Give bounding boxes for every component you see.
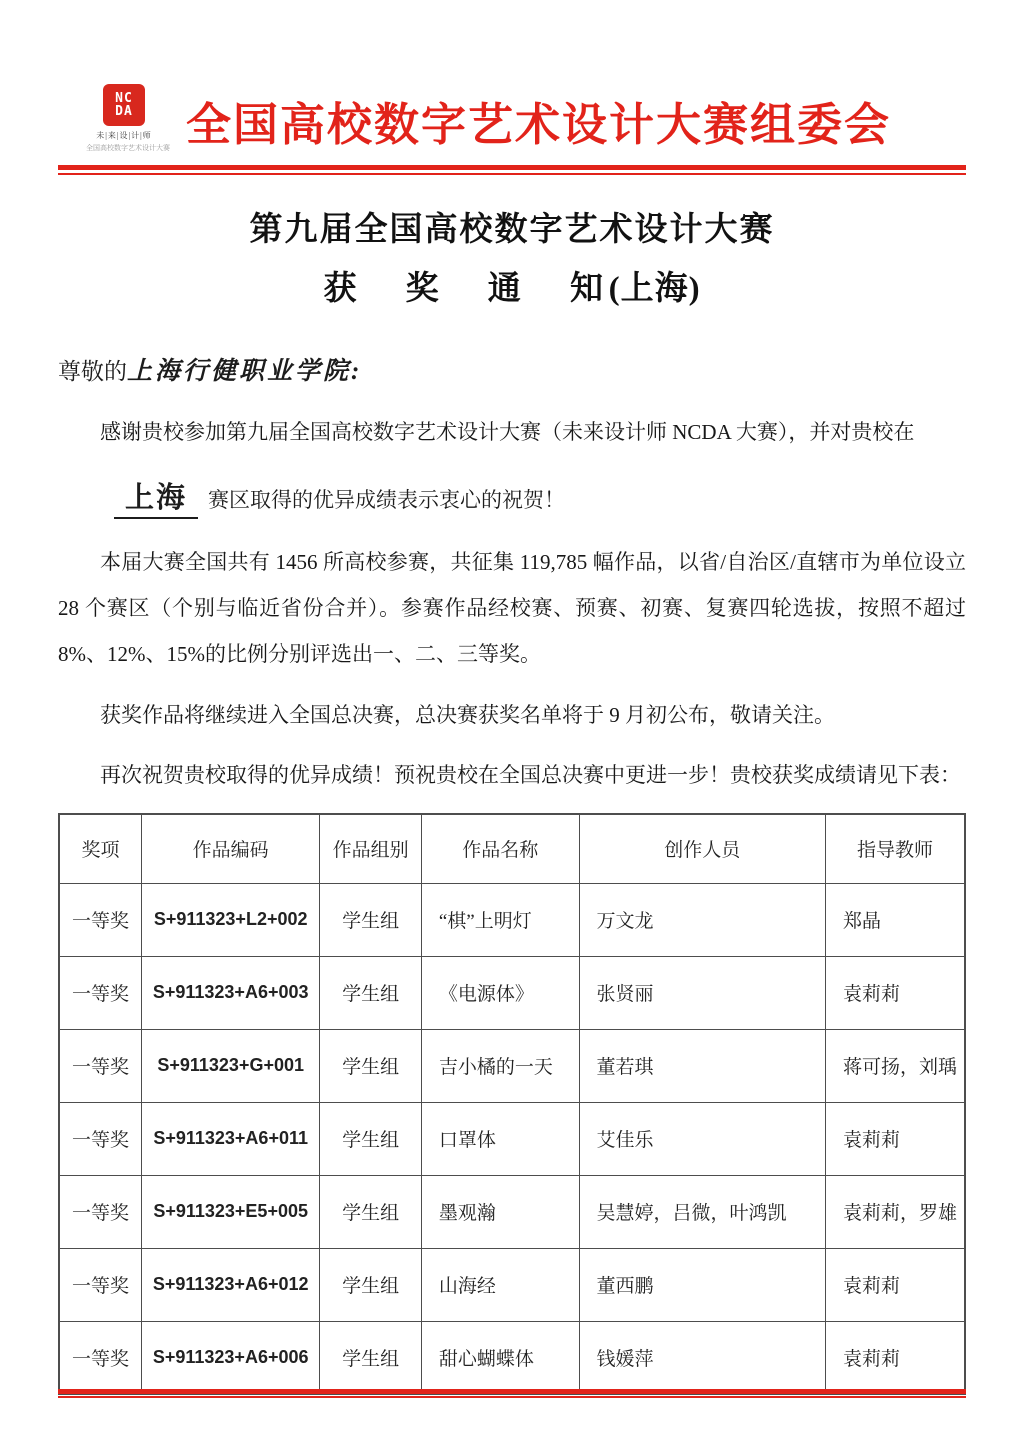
table-cell: S+911323+A6+006 — [141, 1321, 319, 1394]
paragraph-statistics: 本届大赛全国共有 1456 所高校参赛，共征集 119,785 幅作品，以省/自… — [58, 539, 966, 677]
table-cell: 吉小橘的一天 — [421, 1029, 579, 1102]
table-cell: 袁莉莉 — [825, 956, 965, 1029]
table-cell: 学生组 — [320, 1175, 421, 1248]
awards-table-body: 一等奖S+911323+L2+002学生组“棋”上明灯万文龙郑晶一等奖S+911… — [59, 883, 965, 1394]
logo-monogram-bottom: DA — [115, 105, 133, 118]
table-cell: 郑晶 — [825, 883, 965, 956]
table-cell: 学生组 — [320, 1321, 421, 1394]
table-cell: 袁莉莉，罗雄 — [825, 1175, 965, 1248]
table-cell: 山海经 — [421, 1248, 579, 1321]
paragraph-thanks: 感谢贵校参加第九届全国高校数字艺术设计大赛（未来设计师 NCDA 大赛），并对贵… — [58, 409, 966, 455]
table-cell: S+911323+G+001 — [141, 1029, 319, 1102]
document-title-line1: 第九届全国高校数字艺术设计大赛 — [58, 203, 966, 250]
table-cell: 一等奖 — [59, 1321, 141, 1394]
table-cell: 艾佳乐 — [579, 1102, 825, 1175]
table-cell: S+911323+E5+005 — [141, 1175, 319, 1248]
salutation-prefix: 尊敬的 — [58, 359, 127, 384]
document-title-line2: 获 奖 通 知(上海) — [58, 262, 966, 309]
header-cell-creators: 创作人员 — [579, 814, 825, 883]
table-cell: 董西鹏 — [579, 1248, 825, 1321]
table-cell: S+911323+A6+012 — [141, 1248, 319, 1321]
table-cell: S+911323+A6+011 — [141, 1102, 319, 1175]
table-row: 一等奖S+911323+L2+002学生组“棋”上明灯万文龙郑晶 — [59, 883, 965, 956]
salutation-school-name: 上海行健职业学院: — [127, 358, 362, 385]
document-title: 第九届全国高校数字艺术设计大赛 获 奖 通 知(上海) — [58, 203, 966, 309]
table-cell: 一等奖 — [59, 956, 141, 1029]
header-cell-award: 奖项 — [59, 814, 141, 883]
table-row: 一等奖S+911323+A6+012学生组山海经董西鹏袁莉莉 — [59, 1248, 965, 1321]
table-cell: 学生组 — [320, 883, 421, 956]
ncda-logo: NC DA 未|来|设|计|师 全国高校数字艺术设计大赛 — [86, 84, 162, 153]
table-row: 一等奖S+911323+E5+005学生组墨观瀚吴慧婷，吕微，叶鸿凯袁莉莉，罗雄 — [59, 1175, 965, 1248]
salutation: 尊敬的上海行健职业学院: — [58, 351, 966, 387]
region-name-underlined: 上海 — [114, 481, 198, 519]
header-rule — [58, 165, 966, 175]
table-cell: 万文龙 — [579, 883, 825, 956]
table-cell: 袁莉莉 — [825, 1102, 965, 1175]
organization-title: 全国高校数字艺术设计大赛组委会 — [186, 88, 891, 153]
footer-rule — [58, 1389, 966, 1398]
region-congrats-line: 上海赛区取得的优异成绩表示衷心的祝贺！ — [58, 475, 966, 525]
table-cell: 一等奖 — [59, 883, 141, 956]
table-cell: 口罩体 — [421, 1102, 579, 1175]
table-cell: S+911323+A6+003 — [141, 956, 319, 1029]
header-cell-advisors: 指导教师 — [825, 814, 965, 883]
header-cell-group: 作品组别 — [320, 814, 421, 883]
logo-subtext: 全国高校数字艺术设计大赛 — [86, 143, 162, 153]
table-cell: S+911323+L2+002 — [141, 883, 319, 956]
table-cell: 《电源体》 — [421, 956, 579, 1029]
table-cell: “棋”上明灯 — [421, 883, 579, 956]
table-cell: 一等奖 — [59, 1102, 141, 1175]
awards-table-header: 奖项 作品编码 作品组别 作品名称 创作人员 指导教师 — [59, 814, 965, 883]
table-cell: 墨观瀚 — [421, 1175, 579, 1248]
header-cell-work-title: 作品名称 — [421, 814, 579, 883]
letterhead: NC DA 未|来|设|计|师 全国高校数字艺术设计大赛 全国高校数字艺术设计大… — [58, 0, 966, 153]
table-row: 一等奖S+911323+A6+003学生组《电源体》张贤丽袁莉莉 — [59, 956, 965, 1029]
paragraph-finals: 获奖作品将继续进入全国总决赛，总决赛获奖名单将于 9 月初公布，敬请关注。 — [58, 693, 966, 737]
logo-tagline: 未|来|设|计|师 — [86, 130, 162, 141]
table-cell: 蒋可扬，刘瑀 — [825, 1029, 965, 1102]
table-cell: 袁莉莉 — [825, 1248, 965, 1321]
ncda-logo-icon: NC DA — [103, 84, 145, 126]
header-cell-code: 作品编码 — [141, 814, 319, 883]
table-header-row: 奖项 作品编码 作品组别 作品名称 创作人员 指导教师 — [59, 814, 965, 883]
document-title-region: (上海) — [609, 271, 701, 307]
table-cell: 一等奖 — [59, 1029, 141, 1102]
table-cell: 学生组 — [320, 1248, 421, 1321]
table-row: 一等奖S+911323+A6+006学生组甜心蝴蝶体钱媛萍袁莉莉 — [59, 1321, 965, 1394]
table-row: 一等奖S+911323+A6+011学生组口罩体艾佳乐袁莉莉 — [59, 1102, 965, 1175]
table-row: 一等奖S+911323+G+001学生组吉小橘的一天董若琪蒋可扬，刘瑀 — [59, 1029, 965, 1102]
paragraph-congrats: 再次祝贺贵校取得的优异成绩！预祝贵校在全国总决赛中更进一步！贵校获奖成绩请见下表… — [58, 753, 966, 797]
document-title-words: 获 奖 通 知 — [323, 271, 623, 307]
table-cell: 袁莉莉 — [825, 1321, 965, 1394]
table-cell: 甜心蝴蝶体 — [421, 1321, 579, 1394]
table-cell: 钱媛萍 — [579, 1321, 825, 1394]
table-cell: 张贤丽 — [579, 956, 825, 1029]
notice-page: NC DA 未|来|设|计|师 全国高校数字艺术设计大赛 全国高校数字艺术设计大… — [0, 0, 1024, 1395]
table-cell: 吴慧婷，吕微，叶鸿凯 — [579, 1175, 825, 1248]
table-cell: 学生组 — [320, 1029, 421, 1102]
awards-table: 奖项 作品编码 作品组别 作品名称 创作人员 指导教师 一等奖S+911323+… — [58, 813, 966, 1395]
table-cell: 学生组 — [320, 956, 421, 1029]
table-cell: 一等奖 — [59, 1175, 141, 1248]
table-cell: 董若琪 — [579, 1029, 825, 1102]
table-cell: 学生组 — [320, 1102, 421, 1175]
region-congrats-text: 赛区取得的优异成绩表示衷心的祝贺！ — [208, 488, 565, 512]
table-cell: 一等奖 — [59, 1248, 141, 1321]
